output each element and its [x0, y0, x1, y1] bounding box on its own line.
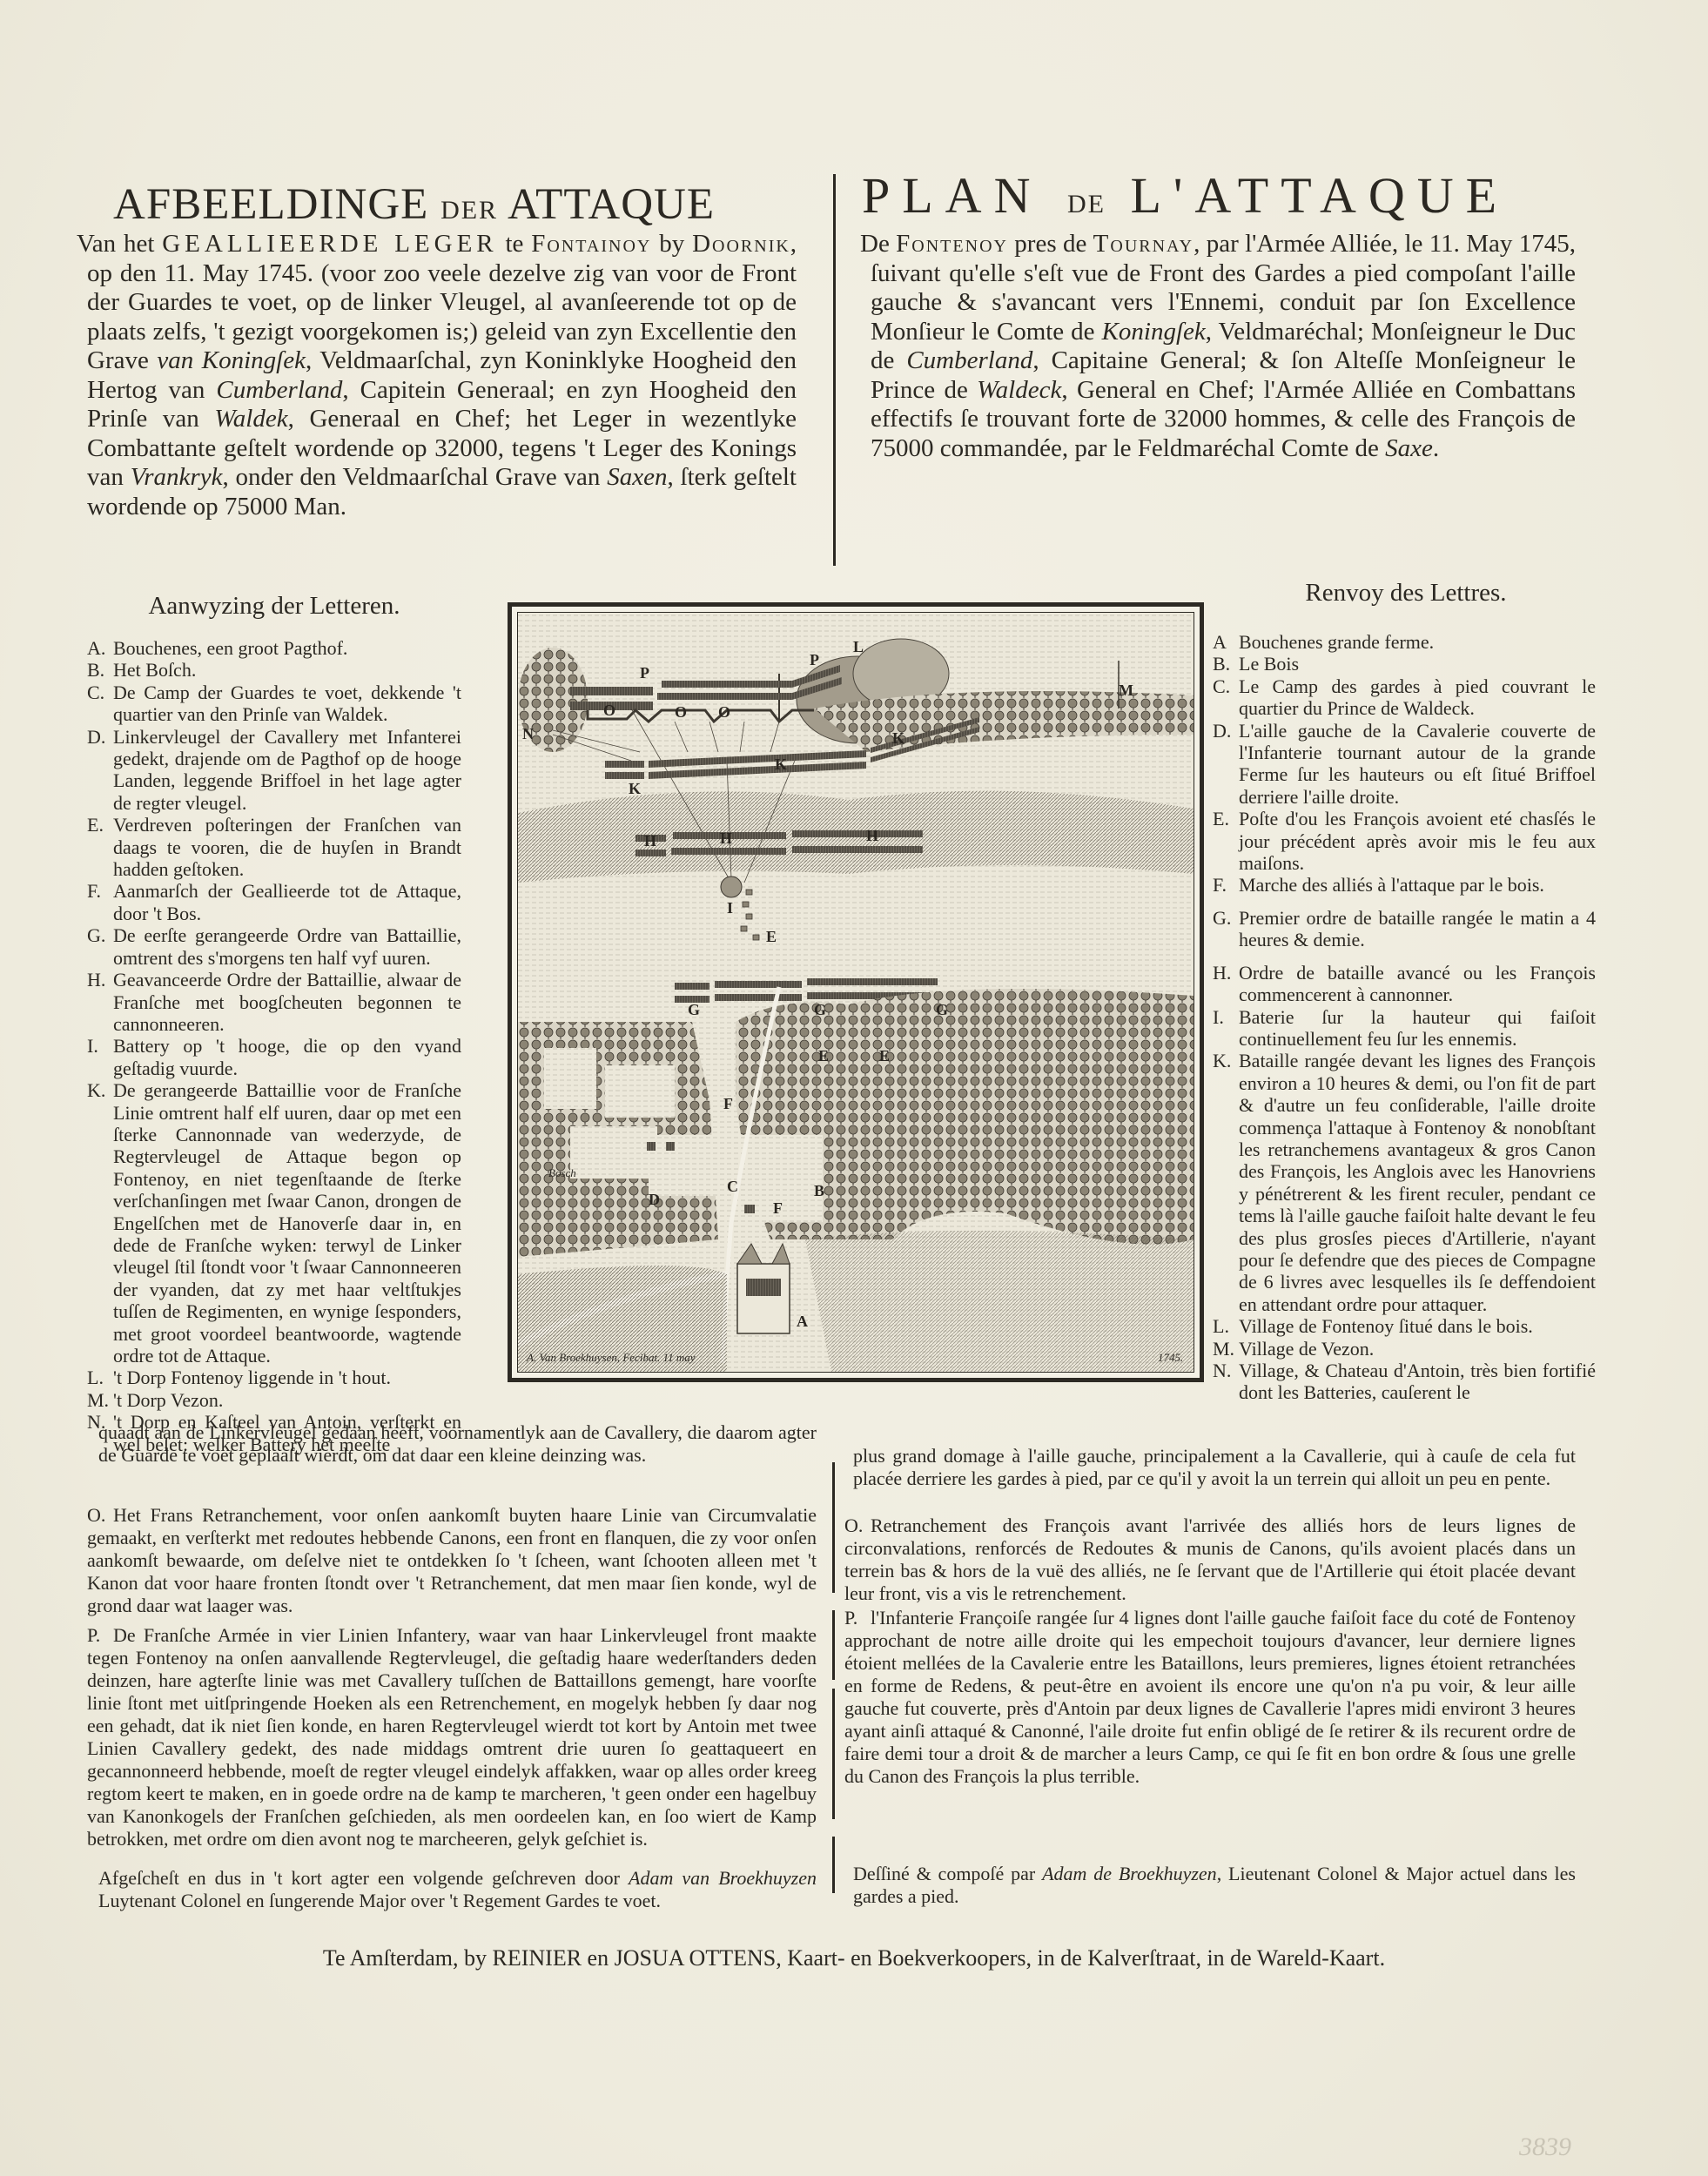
legend-item: K.Bataille rangée devant les lignes des … — [1213, 1050, 1596, 1315]
battle-map-illustration: P P L M O O O N K K K H H H I E G G G E — [518, 613, 1194, 1372]
publisher-imprint: Te Amſterdam, by REINIER en JOSUA OTTENS… — [0, 1945, 1708, 1971]
legend-key: G. — [87, 924, 113, 969]
svg-text:N: N — [522, 725, 534, 742]
legend-key: D. — [87, 726, 113, 815]
legend-spacer — [1213, 897, 1596, 907]
legend-text: 't Dorp Vezon. — [113, 1389, 461, 1411]
legend-text: Village de Fontenoy ſitué dans le bois. — [1239, 1315, 1596, 1337]
legend-text: De Camp der Guardes te voet, dekkende 't… — [113, 682, 461, 726]
dutch-title-word2: DER — [440, 196, 498, 225]
svg-text:K: K — [775, 756, 787, 773]
french-legend-list: ABouchenes grande ferme.B.Le BoisC.Le Ca… — [1213, 631, 1596, 1404]
legend-text: Village de Vezon. — [1239, 1338, 1596, 1360]
svg-text:A. Van Broekhuysen, Fecibat. 1: A. Van Broekhuysen, Fecibat. 11 may — [526, 1351, 696, 1364]
svg-text:G: G — [814, 1001, 826, 1018]
legend-key: E. — [87, 814, 113, 880]
legend-spacer — [1213, 951, 1596, 962]
french-item-p: P.l'Infanterie Françoiſe rangée ſur 4 li… — [844, 1607, 1576, 1788]
legend-item: H.Geavanceerde Ordre der Battaillie, alw… — [87, 969, 461, 1035]
legend-item: A.Bouchenes, een groot Pagthof. — [87, 637, 461, 659]
svg-text:Bosch: Bosch — [548, 1166, 576, 1179]
legend-item: D.Linkervleugel der Cavallery met Infant… — [87, 726, 461, 815]
svg-text:D: D — [649, 1191, 660, 1208]
svg-text:H: H — [644, 832, 656, 850]
legend-key: F. — [1213, 874, 1239, 896]
french-n-continuation: plus grand domage à l'aille gauche, prin… — [853, 1445, 1576, 1490]
legend-text: Baterie ſur la hauteur qui faiſoit conti… — [1239, 1006, 1596, 1051]
legend-text: Bataille rangée devant les lignes des Fr… — [1239, 1050, 1596, 1315]
svg-text:F: F — [723, 1095, 733, 1112]
svg-text:C: C — [727, 1178, 738, 1195]
french-title: PLAN DE L'ATTAQUE — [862, 165, 1558, 235]
svg-text:K: K — [629, 780, 641, 797]
legend-key: H. — [87, 969, 113, 1035]
legend-text: De eerſte gerangeerde Ordre van Battaill… — [113, 924, 461, 969]
dutch-legend-title: Aanwyzing der Letteren. — [83, 592, 466, 621]
french-signature: Deſſiné & compoſé par Adam de Broekhuyze… — [853, 1863, 1576, 1908]
svg-text:1745.: 1745. — [1158, 1351, 1183, 1364]
legend-key: D. — [1213, 720, 1239, 809]
legend-key: K. — [87, 1079, 113, 1367]
french-title-word2: DE — [1067, 190, 1106, 218]
legend-item: I.Battery op 't hooge, die op den vyand … — [87, 1035, 461, 1079]
legend-text: Marche des alliés à l'attaque par le boi… — [1239, 874, 1596, 896]
legend-key: L. — [1213, 1315, 1239, 1337]
battle-map-engraving: P P L M O O O N K K K H H H I E G G G E — [508, 602, 1204, 1382]
legend-text: Premier ordre de bataille rangée le mati… — [1239, 907, 1596, 951]
legend-key: C. — [87, 682, 113, 726]
legend-key: C. — [1213, 675, 1239, 720]
legend-item: H.Ordre de bataille avancé ou les Franço… — [1213, 962, 1596, 1006]
legend-text: De gerangeerde Battaillie voor de Franſc… — [113, 1079, 461, 1367]
legend-key: A — [1213, 631, 1239, 653]
legend-key: E. — [1213, 808, 1239, 874]
french-intro: De Fontenoy pres de Tournay, par l'Armée… — [871, 230, 1576, 463]
divider-segment-5 — [832, 1837, 835, 1893]
legend-item: M.Village de Vezon. — [1213, 1338, 1596, 1360]
dutch-intro: Van het GEALLIEERDE LEGER te Fontainoy b… — [87, 230, 797, 521]
battle-map-field: P P L M O O O N K K K H H H I E G G G E — [517, 612, 1194, 1373]
svg-text:A: A — [797, 1313, 808, 1330]
legend-key: G. — [1213, 907, 1239, 951]
svg-text:H: H — [720, 829, 732, 847]
legend-key: L. — [87, 1367, 113, 1388]
legend-text: Bouchenes, een groot Pagthof. — [113, 637, 461, 659]
legend-item: E.Verdreven poſteringen der Franſchen va… — [87, 814, 461, 880]
legend-item: K.De gerangeerde Battaillie voor de Fran… — [87, 1079, 461, 1367]
legend-item: F.Aanmarſch der Geallieerde tot de Attaq… — [87, 880, 461, 924]
legend-key: H. — [1213, 962, 1239, 1006]
legend-item: L.Village de Fontenoy ſitué dans le bois… — [1213, 1315, 1596, 1337]
svg-text:I: I — [727, 899, 733, 917]
legend-item: D.L'aille gauche de la Cavalerie couvert… — [1213, 720, 1596, 809]
french-legend-title: Renvoy des Lettres. — [1214, 579, 1597, 608]
legend-key: A. — [87, 637, 113, 659]
legend-item: C.Le Camp des gardes à pied couvrant le … — [1213, 675, 1596, 720]
svg-text:B: B — [814, 1182, 824, 1199]
svg-text:O: O — [675, 703, 687, 721]
dutch-title-word3: ATTAQUE — [508, 180, 715, 229]
legend-key: M. — [1213, 1338, 1239, 1360]
legend-text: Battery op 't hooge, die op den vyand ge… — [113, 1035, 461, 1079]
legend-key: N. — [1213, 1360, 1239, 1404]
svg-text:O: O — [718, 703, 730, 721]
divider-segment-4 — [832, 1689, 835, 1819]
french-item-o: O.Retranchement des François avant l'arr… — [844, 1514, 1576, 1605]
svg-text:K: K — [892, 729, 904, 747]
french-title-word3: L'ATTAQUE — [1130, 167, 1509, 224]
column-divider-top — [833, 174, 836, 566]
legend-item: I.Baterie ſur la hauteur qui faiſoit con… — [1213, 1006, 1596, 1051]
svg-text:P: P — [810, 651, 819, 668]
french-title-word1: PLAN — [862, 167, 1042, 224]
legend-text: Le Camp des gardes à pied couvrant le qu… — [1239, 675, 1596, 720]
legend-text: Het Boſch. — [113, 659, 461, 681]
legend-text: Ordre de bataille avancé ou les François… — [1239, 962, 1596, 1006]
dutch-title-word1: AFBEELDINGE — [113, 180, 428, 229]
dutch-title: AFBEELDINGE DER ATTAQUE — [113, 178, 801, 237]
svg-text:G: G — [936, 1001, 948, 1018]
legend-key: B. — [87, 659, 113, 681]
dutch-item-o: O.Het Frans Retranchement, voor onſen aa… — [87, 1504, 817, 1617]
legend-key: K. — [1213, 1050, 1239, 1315]
svg-text:F: F — [773, 1199, 783, 1217]
svg-text:E: E — [766, 928, 777, 945]
legend-text: Geavanceerde Ordre der Battaillie, alwaa… — [113, 969, 461, 1035]
legend-text: L'aille gauche de la Cavalerie couverte … — [1239, 720, 1596, 809]
legend-text: Aanmarſch der Geallieerde tot de Attaque… — [113, 880, 461, 924]
divider-segment-3 — [832, 1610, 835, 1680]
legend-item: B.Het Boſch. — [87, 659, 461, 681]
legend-text: Bouchenes grande ferme. — [1239, 631, 1596, 653]
svg-text:O: O — [603, 702, 615, 719]
svg-text:G: G — [688, 1001, 700, 1018]
legend-text: Le Bois — [1239, 653, 1596, 675]
legend-key: M. — [87, 1389, 113, 1411]
svg-text:E: E — [818, 1047, 829, 1064]
legend-item: N.Village, & Chateau d'Antoin, très bien… — [1213, 1360, 1596, 1404]
legend-text: Linkervleugel der Cavallery met Infanter… — [113, 726, 461, 815]
legend-text: Village, & Chateau d'Antoin, très bien f… — [1239, 1360, 1596, 1404]
svg-text:M: M — [1119, 682, 1133, 699]
svg-text:P: P — [640, 664, 649, 682]
legend-item: B.Le Bois — [1213, 653, 1596, 675]
legend-item: E.Poſte d'ou les François avoient eté ch… — [1213, 808, 1596, 874]
legend-item: F.Marche des alliés à l'attaque par le b… — [1213, 874, 1596, 896]
legend-item: G.De eerſte gerangeerde Ordre van Battai… — [87, 924, 461, 969]
dutch-legend-list: A.Bouchenes, een groot Pagthof.B.Het Boſ… — [87, 637, 461, 1455]
legend-key: F. — [87, 880, 113, 924]
legend-key: I. — [87, 1035, 113, 1079]
pencil-inventory-number: 3839 — [1519, 2132, 1571, 2162]
legend-item: L.'t Dorp Fontenoy liggende in 't hout. — [87, 1367, 461, 1388]
legend-text: 't Dorp Fontenoy liggende in 't hout. — [113, 1367, 461, 1388]
print-sheet: AFBEELDINGE DER ATTAQUE PLAN DE L'ATTAQU… — [0, 0, 1708, 2176]
dutch-n-continuation: quaadt aan de Linkervleugel gedaan heeft… — [98, 1421, 817, 1467]
legend-key: B. — [1213, 653, 1239, 675]
dutch-item-p: P.De Franſche Armée in vier Linien Infan… — [87, 1624, 817, 1850]
dutch-signature: Afgeſcheſt en dus in 't kort agter een v… — [98, 1867, 817, 1912]
legend-item: C.De Camp der Guardes te voet, dekkende … — [87, 682, 461, 726]
legend-text: Poſte d'ou les François avoient eté chas… — [1239, 808, 1596, 874]
svg-text:H: H — [866, 827, 878, 844]
legend-key: I. — [1213, 1006, 1239, 1051]
divider-segment-2 — [832, 1510, 835, 1593]
legend-item: ABouchenes grande ferme. — [1213, 631, 1596, 653]
legend-item: M.'t Dorp Vezon. — [87, 1389, 461, 1411]
svg-text:L: L — [853, 638, 864, 655]
svg-text:E: E — [879, 1047, 890, 1064]
legend-text: Verdreven poſteringen der Franſchen van … — [113, 814, 461, 880]
legend-item: G.Premier ordre de bataille rangée le ma… — [1213, 907, 1596, 951]
